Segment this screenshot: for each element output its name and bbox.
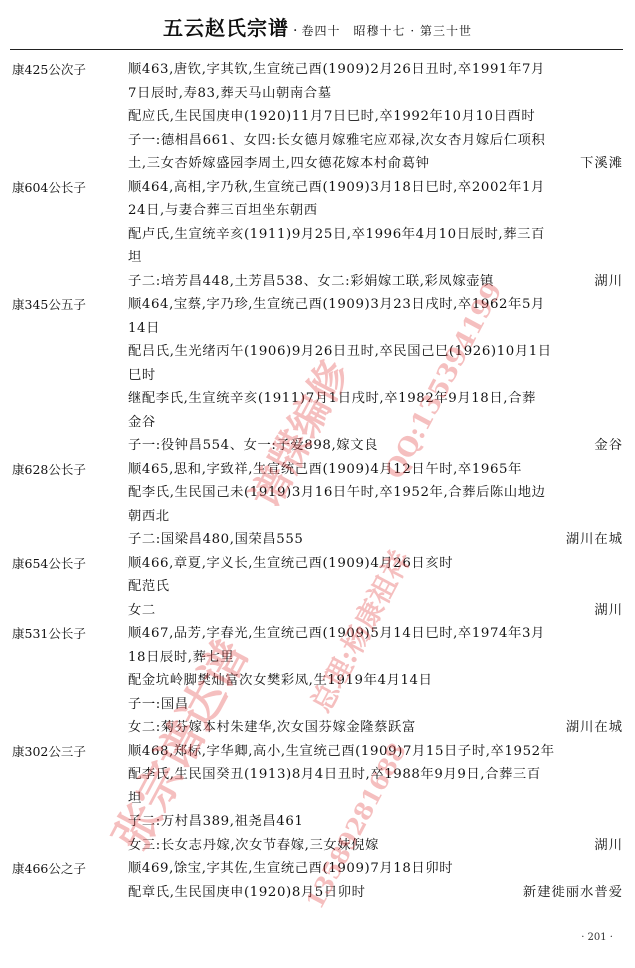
entry-body: 顺467,品芳,字春光,生宣统己酉(1909)5月14日巳时,卒1974年3月1…: [100, 622, 635, 740]
page-number: · 201 ·: [581, 932, 613, 943]
entry-text: 土,三女杏娇嫁盛园李周土,四女德花嫁本村俞葛钟: [128, 152, 430, 176]
entry-line: 配李氏,生民国己未(1919)3月16日午时,卒1952年,合葬后陈山地边: [128, 481, 623, 505]
entry-text: 子二:培芳昌448,土芳昌538、女二:彩娟嫁工联,彩凤嫁壶镇: [128, 270, 494, 294]
entry-line: 金谷: [128, 411, 623, 435]
entry-text: 7日辰时,寿83,葬天马山朝南合墓: [128, 82, 332, 106]
entry-text: 子一:国昌: [128, 693, 189, 717]
entry-text: 顺469,馀宝,字其佐,生宣统己酉(1909)7月18日卯时: [128, 857, 453, 881]
entry-text: 配李氏,生民国癸丑(1913)8月4日丑时,卒1988年9月9日,合葬三百: [128, 763, 541, 787]
entry-parent-label: 康531公长子: [0, 622, 100, 740]
page-header: 五云赵氏宗谱·卷四十 昭穆十七 · 第三十世: [0, 12, 635, 41]
residence-location: 湖川在城: [566, 528, 623, 552]
entry-text: 配吕氏,生光绪丙午(1906)9月26日丑时,卒民国己巳(1926)10月1日: [128, 340, 552, 364]
entry-text: 坦: [128, 787, 142, 811]
entry-text: 金谷: [128, 411, 156, 435]
entry-text: 配卢氏,生宣统辛亥(1911)9月25日,卒1996年4月10日辰时,葬三百: [128, 223, 545, 247]
header-rule: [10, 49, 623, 50]
entry-line: 顺466,章夏,字义长,生宣统己酉(1909)4月26日亥时: [128, 552, 623, 576]
entry-text: 朝西北: [128, 505, 170, 529]
entry-parent-label: 康466公之子: [0, 857, 100, 904]
entry-text: 配李氏,生民国己未(1919)3月16日午时,卒1952年,合葬后陈山地边: [128, 481, 546, 505]
entry-text: 女三:长女志丹嫁,次女节春嫁,三女妹倪嫁: [128, 834, 379, 858]
entry-text: 子二:国梁昌480,国荣昌555: [128, 528, 303, 552]
entry-text: 子二:万村昌389,祖尧昌461: [128, 810, 303, 834]
entry-text: 子一:役钟昌554、女一:子爱898,嫁文良: [128, 434, 378, 458]
entry-line: 土,三女杏娇嫁盛园李周土,四女德花嫁本村俞葛钟下溪滩: [128, 152, 623, 176]
entry-line: 配金坑岭脚樊灿富次女樊彩凤,生1919年4月14日: [128, 669, 623, 693]
entry-line: 子二:培芳昌448,土芳昌538、女二:彩娟嫁工联,彩凤嫁壶镇湖川: [128, 270, 623, 294]
entry-line: 子一:德相昌661、女四:长女德月嫁雅宅应邓禄,次女杏月嫁后仁项积: [128, 129, 623, 153]
entry-text: 配金坑岭脚樊灿富次女樊彩凤,生1919年4月14日: [128, 669, 433, 693]
entry-text: 14日: [128, 317, 160, 341]
genealogy-entry: 康345公五子顺464,宝蔡,字乃珍,生宣统己酉(1909)3月23日戌时,卒1…: [0, 293, 635, 458]
genealogy-entry: 康425公次子顺463,唐钦,字其钦,生宣统己酉(1909)2月26日丑时,卒1…: [0, 58, 635, 176]
entry-text: 继配李氏,生宣统辛亥(1911)7月1日戌时,卒1982年9月18日,合葬: [128, 387, 536, 411]
entry-text: 顺463,唐钦,字其钦,生宣统己酉(1909)2月26日丑时,卒1991年7月: [128, 58, 545, 82]
genealogy-entry: 康302公三子顺468,郑标,字华卿,高小,生宣统己酉(1909)7月15日子时…: [0, 740, 635, 858]
entry-text: 顺464,宝蔡,字乃珍,生宣统己酉(1909)3月23日戌时,卒1962年5月: [128, 293, 545, 317]
entry-text: 18日辰时,葬七里: [128, 646, 234, 670]
entry-line: 继配李氏,生宣统辛亥(1911)7月1日戌时,卒1982年9月18日,合葬: [128, 387, 623, 411]
entry-text: 女二:菊芬嫁本村朱建华,次女国芬嫁金隆蔡跃富: [128, 716, 416, 740]
volume-info: 卷四十 昭穆十七 · 第三十世: [302, 24, 472, 38]
entry-body: 顺465,思和,字致祥,生宣统己酉(1909)4月12日午时,卒1965年配李氏…: [100, 458, 635, 552]
entry-parent-label: 康604公长子: [0, 176, 100, 294]
entry-body: 顺469,馀宝,字其佐,生宣统己酉(1909)7月18日卯时配章氏,生民国庚申(…: [100, 857, 635, 904]
entry-text: 子一:德相昌661、女四:长女德月嫁雅宅应邓禄,次女杏月嫁后仁项积: [128, 129, 545, 153]
entry-body: 顺464,宝蔡,字乃珍,生宣统己酉(1909)3月23日戌时,卒1962年5月1…: [100, 293, 635, 458]
entry-text: 巳时: [128, 364, 156, 388]
entry-text: 顺467,品芳,字春光,生宣统己酉(1909)5月14日巳时,卒1974年3月: [128, 622, 545, 646]
entry-body: 顺464,高相,字乃秋,生宣统己酉(1909)3月18日巳时,卒2002年1月2…: [100, 176, 635, 294]
entry-line: 配李氏,生民国癸丑(1913)8月4日丑时,卒1988年9月9日,合葬三百: [128, 763, 623, 787]
entry-line: 顺469,馀宝,字其佐,生宣统己酉(1909)7月18日卯时: [128, 857, 623, 881]
entry-text: 顺466,章夏,字义长,生宣统己酉(1909)4月26日亥时: [128, 552, 453, 576]
genealogy-entry: 康466公之子顺469,馀宝,字其佐,生宣统己酉(1909)7月18日卯时配章氏…: [0, 857, 635, 904]
residence-location: 金谷: [594, 434, 623, 458]
entry-line: 子二:万村昌389,祖尧昌461: [128, 810, 623, 834]
residence-location: 湖川在城: [566, 716, 623, 740]
entry-line: 14日: [128, 317, 623, 341]
entry-line: 坦: [128, 246, 623, 270]
entry-body: 顺466,章夏,字义长,生宣统己酉(1909)4月26日亥时配范氏女二湖川: [100, 552, 635, 623]
entry-line: 7日辰时,寿83,葬天马山朝南合墓: [128, 82, 623, 106]
entry-text: 女二: [128, 599, 156, 623]
entry-line: 巳时: [128, 364, 623, 388]
residence-location: 新建徙丽水普爱: [523, 881, 623, 905]
entry-line: 顺468,郑标,字华卿,高小,生宣统己酉(1909)7月15日子时,卒1952年: [128, 740, 623, 764]
entry-parent-label: 康302公三子: [0, 740, 100, 858]
entry-text: 坦: [128, 246, 142, 270]
entry-parent-label: 康628公长子: [0, 458, 100, 552]
entry-line: 配范氏: [128, 575, 623, 599]
entry-text: 配范氏: [128, 575, 170, 599]
entry-line: 配卢氏,生宣统辛亥(1911)9月25日,卒1996年4月10日辰时,葬三百: [128, 223, 623, 247]
entry-line: 子一:国昌: [128, 693, 623, 717]
entry-line: 子二:国梁昌480,国荣昌555湖川在城: [128, 528, 623, 552]
entry-line: 顺467,品芳,字春光,生宣统己酉(1909)5月14日巳时,卒1974年3月: [128, 622, 623, 646]
genealogy-entry: 康654公长子顺466,章夏,字义长,生宣统己酉(1909)4月26日亥时配范氏…: [0, 552, 635, 623]
genealogy-entries: 康425公次子顺463,唐钦,字其钦,生宣统己酉(1909)2月26日丑时,卒1…: [0, 58, 635, 904]
entry-line: 顺464,高相,字乃秋,生宣统己酉(1909)3月18日巳时,卒2002年1月: [128, 176, 623, 200]
entry-text: 24日,与妻合葬三百坦坐东朝西: [128, 199, 318, 223]
entry-line: 顺465,思和,字致祥,生宣统己酉(1909)4月12日午时,卒1965年: [128, 458, 623, 482]
genealogy-entry: 康604公长子顺464,高相,字乃秋,生宣统己酉(1909)3月18日巳时,卒2…: [0, 176, 635, 294]
entry-line: 配章氏,生民国庚申(1920)8月5日卯时新建徙丽水普爱: [128, 881, 623, 905]
entry-line: 坦: [128, 787, 623, 811]
entry-text: 配应氏,生民国庚申(1920)11月7日巳时,卒1992年10月10日酉时: [128, 105, 535, 129]
entry-parent-label: 康345公五子: [0, 293, 100, 458]
entry-parent-label: 康654公长子: [0, 552, 100, 623]
entry-line: 子一:役钟昌554、女一:子爱898,嫁文良金谷: [128, 434, 623, 458]
entry-body: 顺463,唐钦,字其钦,生宣统己酉(1909)2月26日丑时,卒1991年7月7…: [100, 58, 635, 176]
entry-line: 18日辰时,葬七里: [128, 646, 623, 670]
entry-body: 顺468,郑标,字华卿,高小,生宣统己酉(1909)7月15日子时,卒1952年…: [100, 740, 635, 858]
entry-line: 女二湖川: [128, 599, 623, 623]
entry-text: 顺464,高相,字乃秋,生宣统己酉(1909)3月18日巳时,卒2002年1月: [128, 176, 545, 200]
entry-line: 女三:长女志丹嫁,次女节春嫁,三女妹倪嫁湖川: [128, 834, 623, 858]
residence-location: 湖川: [594, 599, 623, 623]
residence-location: 湖川: [594, 270, 623, 294]
entry-text: 顺468,郑标,字华卿,高小,生宣统己酉(1909)7月15日子时,卒1952年: [128, 740, 555, 764]
entry-text: 配章氏,生民国庚申(1920)8月5日卯时: [128, 881, 366, 905]
entry-line: 女二:菊芬嫁本村朱建华,次女国芬嫁金隆蔡跃富湖川在城: [128, 716, 623, 740]
entry-line: 配吕氏,生光绪丙午(1906)9月26日丑时,卒民国己巳(1926)10月1日: [128, 340, 623, 364]
residence-location: 下溪滩: [580, 152, 623, 176]
entry-line: 顺463,唐钦,字其钦,生宣统己酉(1909)2月26日丑时,卒1991年7月: [128, 58, 623, 82]
genealogy-title: 五云赵氏宗谱: [163, 16, 289, 40]
header-separator: ·: [293, 23, 297, 39]
entry-line: 24日,与妻合葬三百坦坐东朝西: [128, 199, 623, 223]
entry-line: 配应氏,生民国庚申(1920)11月7日巳时,卒1992年10月10日酉时: [128, 105, 623, 129]
entry-line: 朝西北: [128, 505, 623, 529]
genealogy-entry: 康531公长子顺467,品芳,字春光,生宣统己酉(1909)5月14日巳时,卒1…: [0, 622, 635, 740]
entry-parent-label: 康425公次子: [0, 58, 100, 176]
entry-text: 顺465,思和,字致祥,生宣统己酉(1909)4月12日午时,卒1965年: [128, 458, 522, 482]
residence-location: 湖川: [594, 834, 623, 858]
entry-line: 顺464,宝蔡,字乃珍,生宣统己酉(1909)3月23日戌时,卒1962年5月: [128, 293, 623, 317]
genealogy-entry: 康628公长子顺465,思和,字致祥,生宣统己酉(1909)4月12日午时,卒1…: [0, 458, 635, 552]
